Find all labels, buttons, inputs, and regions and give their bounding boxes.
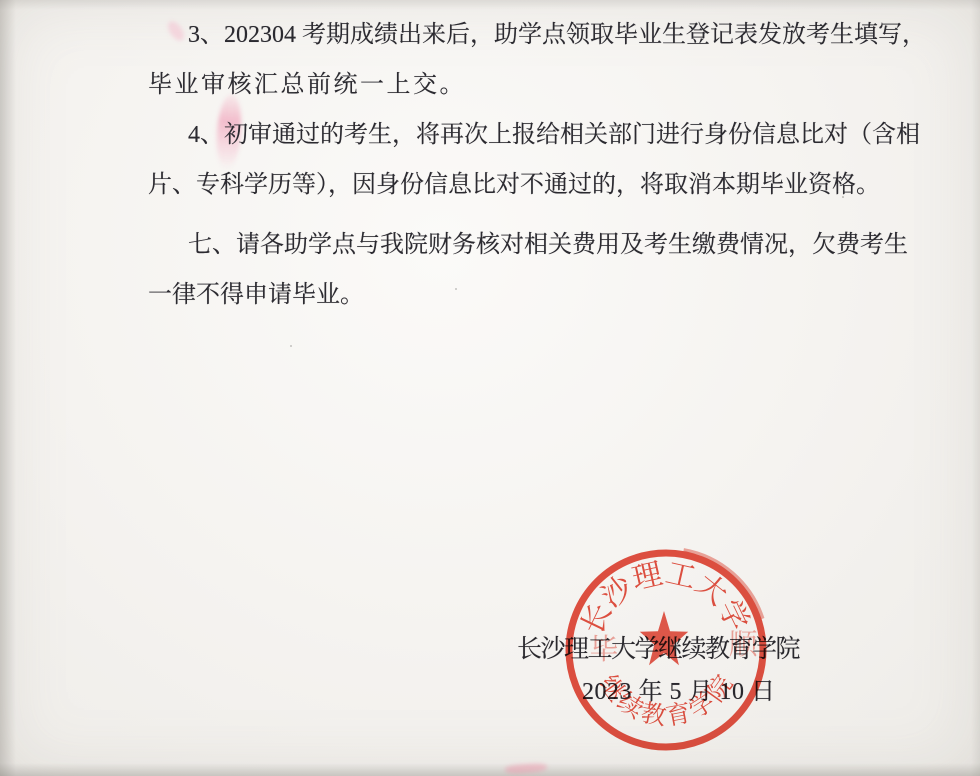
text-line: 片、专科学历等），因身份信息比对不通过的，将取消本期毕业资格。 [148,160,960,210]
scan-edge-shadow [0,763,980,776]
text-line: 七、请各助学点与我院财务核对相关费用及考生缴费情况，欠费考生 [148,220,960,270]
scan-speck [290,345,292,347]
signature-date: 2023 年 5 月 10 日 [582,671,822,706]
scan-edge-shadow [971,0,980,776]
text-line: 一律不得申请毕业。 [148,270,960,320]
text-line: 3、202304 考期成绩出来后，助学点领取毕业生登记表发放考生填写， [148,10,960,60]
signature-org-name: 长沙理工大学继续教育学院 [517,629,817,665]
text-line: 4、初审通过的考生，将再次上报给相关部门进行身份信息比对（含相 [148,110,960,160]
text-line: 毕业审核汇总前统一上交。 [148,60,960,110]
document-body: 3、202304 考期成绩出来后，助学点领取毕业生登记表发放考生填写， 毕业审核… [148,10,960,320]
scanned-document-page: 3、202304 考期成绩出来后，助学点领取毕业生登记表发放考生填写， 毕业审核… [0,0,980,776]
scan-edge-shadow [0,0,980,10]
scan-edge-shadow [0,0,16,776]
